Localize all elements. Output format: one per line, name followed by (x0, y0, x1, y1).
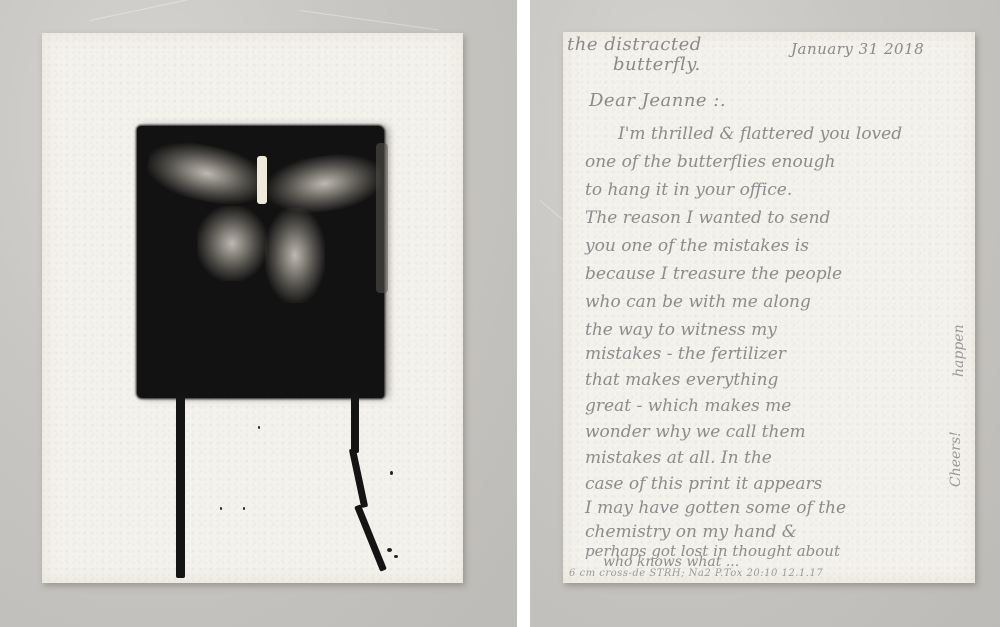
letter-line: you one of the mistakes is (585, 236, 809, 256)
letter-line: the way to witness my (585, 320, 777, 340)
letter-title-line-1: the distracted (567, 34, 702, 55)
letter-paper: the distracted butterfly. January 31 201… (563, 32, 975, 583)
letter-title-line-2: butterfly. (613, 54, 701, 75)
ink-square (137, 126, 384, 398)
letter-line: mistakes at all. In the (585, 448, 772, 468)
marble-vein (300, 10, 439, 30)
letter-line: wonder why we call them (585, 422, 806, 442)
ink-splatter (220, 507, 222, 510)
letter-line: mistakes - the fertilizer (585, 344, 786, 364)
print-paper (42, 33, 463, 583)
butterfly-forewing-left (143, 134, 272, 213)
letter-line: to hang it in your office. (585, 180, 792, 200)
ink-drip-right-mid (349, 448, 368, 508)
marble-vein (90, 0, 266, 21)
ink-splatter (394, 555, 398, 558)
letter-line: one of the butterflies enough (585, 152, 836, 172)
letter-line: I'm thrilled & flattered you loved (618, 124, 902, 144)
butterfly-hindwing-left (197, 206, 267, 281)
ink-wash (376, 143, 388, 293)
ink-drip-right-lower (354, 504, 387, 572)
ink-splatter (258, 426, 260, 429)
photo-handwritten-letter: the distracted butterfly. January 31 201… (530, 0, 1000, 627)
ink-splatter (390, 471, 393, 475)
butterfly-body (257, 156, 267, 204)
letter-line: The reason I wanted to send (585, 208, 830, 228)
letter-line: that makes everything (585, 370, 778, 390)
letter-line: because I treasure the people (585, 264, 842, 284)
ink-drip-right-upper (351, 393, 359, 453)
letter-line: chemistry on my hand & (585, 522, 797, 542)
letter-line: who can be with me along (585, 292, 811, 312)
photo-butterfly-print (0, 0, 517, 627)
letter-salutation: Dear Jeanne :. (589, 90, 726, 111)
letter-line: case of this print it appears (585, 474, 822, 494)
letter-date: January 31 2018 (791, 40, 924, 58)
side-note-cheers: Cheers! (948, 431, 964, 487)
side-note-happen: happen (951, 324, 967, 377)
letter-line: great - which makes me (585, 396, 791, 416)
ink-drip-left (176, 393, 185, 578)
butterfly-hindwing-right (265, 208, 325, 303)
letter-line: I may have gotten some of the (585, 498, 846, 518)
letter-footer-notes: 6 cm cross-de STRH; Na2 P.Tox 20:10 12.1… (569, 568, 823, 579)
ink-splatter (243, 507, 245, 510)
ink-splatter (387, 548, 392, 552)
